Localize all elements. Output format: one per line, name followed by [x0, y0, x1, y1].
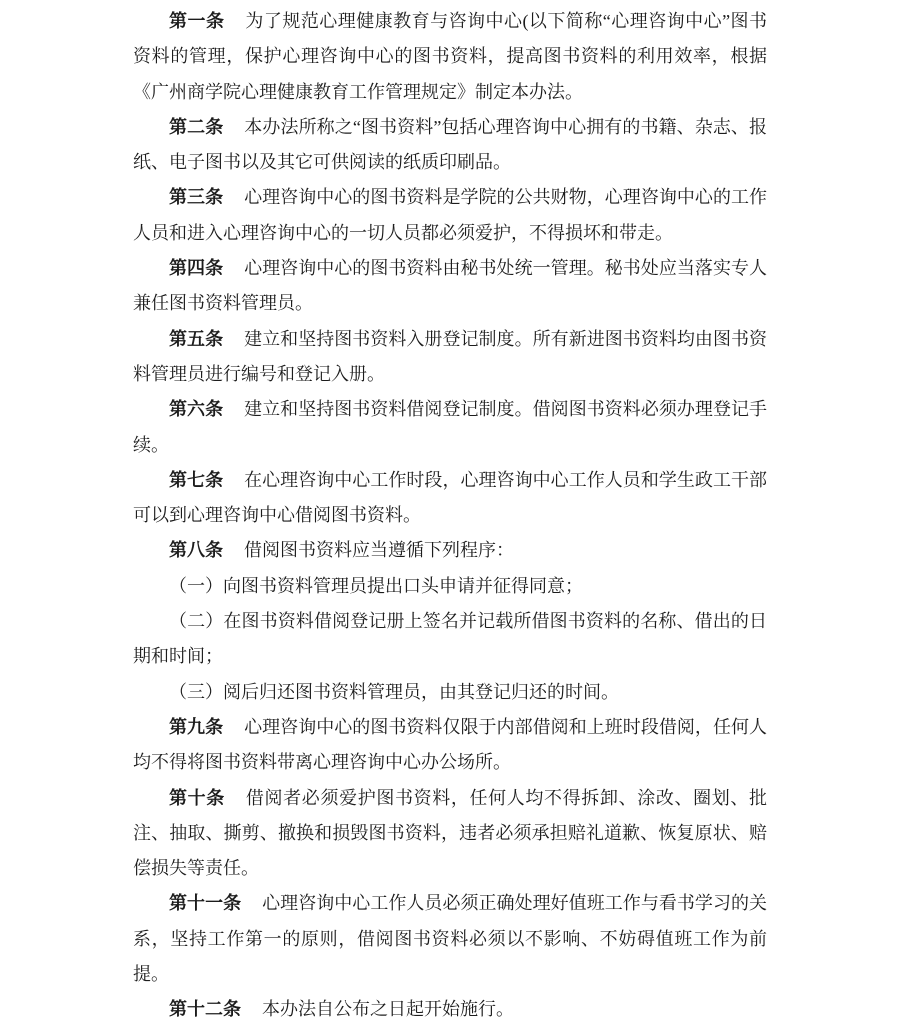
article-text: 建立和坚持图书资料借阅登记制度。借阅图书资料必须办理登记手续。 [133, 399, 767, 454]
document-page: { "page": { "background_color": "#ffffff… [0, 0, 900, 1035]
article-text: （二）在图书资料借阅登记册上签名并记载所借图书资料的名称、借出的日期和时间； [133, 611, 767, 666]
procedure-item: （二）在图书资料借阅登记册上签名并记载所借图书资料的名称、借出的日期和时间； [133, 604, 767, 675]
article-number: 第四条 [169, 258, 223, 278]
article-text: （三）阅后归还图书资料管理员，由其登记归还的时间。 [169, 682, 619, 702]
article-paragraph: 第一条为了规范心理健康教育与咨询中心(以下简称“心理咨询中心”图书资料的管理，保… [133, 4, 767, 110]
article-text: 借阅者必须爱护图书资料，任何人均不得拆卸、涂改、圈划、批注、抽取、撕剪、撤换和损… [133, 788, 767, 879]
article-paragraph: 第三条心理咨询中心的图书资料是学院的公共财物，心理咨询中心的工作人员和进入心理咨… [133, 180, 767, 251]
article-text: 心理咨询中心的图书资料由秘书处统一管理。秘书处应当落实专人兼任图书资料管理员。 [133, 258, 767, 313]
article-paragraph: 第五条建立和坚持图书资料入册登记制度。所有新进图书资料均由图书资料管理员进行编号… [133, 322, 767, 393]
article-text: 本办法自公布之日起开始施行。 [262, 999, 514, 1019]
article-paragraph: 第十一条心理咨询中心工作人员必须正确处理好值班工作与看书学习的关系，坚持工作第一… [133, 886, 767, 992]
article-text: 在心理咨询中心工作时段，心理咨询中心工作人员和学生政工干部可以到心理咨询中心借阅… [133, 470, 767, 525]
article-paragraph: 第十条借阅者必须爱护图书资料，任何人均不得拆卸、涂改、圈划、批注、抽取、撕剪、撤… [133, 781, 767, 887]
article-text: （一）向图书资料管理员提出口头申请并征得同意； [169, 576, 583, 596]
article-paragraph: 第九条心理咨询中心的图书资料仅限于内部借阅和上班时段借阅，任何人均不得将图书资料… [133, 710, 767, 781]
procedure-item: （一）向图书资料管理员提出口头申请并征得同意； [133, 569, 767, 604]
article-paragraph: 第十二条本办法自公布之日起开始施行。 [133, 992, 767, 1027]
article-paragraph: 第二条本办法所称之“图书资料”包括心理咨询中心拥有的书籍、杂志、报纸、电子图书以… [133, 110, 767, 181]
article-number: 第七条 [169, 470, 223, 490]
article-paragraph: 第六条建立和坚持图书资料借阅登记制度。借阅图书资料必须办理登记手续。 [133, 392, 767, 463]
article-number: 第八条 [169, 540, 223, 560]
article-text: 借阅图书资料应当遵循下列程序： [244, 540, 514, 560]
article-paragraph: 第四条心理咨询中心的图书资料由秘书处统一管理。秘书处应当落实专人兼任图书资料管理… [133, 251, 767, 322]
article-text: 心理咨询中心的图书资料仅限于内部借阅和上班时段借阅，任何人均不得将图书资料带离心… [133, 717, 767, 772]
article-text: 建立和坚持图书资料入册登记制度。所有新进图书资料均由图书资料管理员进行编号和登记… [133, 329, 767, 384]
article-number: 第五条 [169, 329, 223, 349]
article-paragraph: 第七条在心理咨询中心工作时段，心理咨询中心工作人员和学生政工干部可以到心理咨询中… [133, 463, 767, 534]
article-number: 第十条 [169, 788, 225, 808]
article-number: 第六条 [169, 399, 223, 419]
article-text: 心理咨询中心的图书资料是学院的公共财物，心理咨询中心的工作人员和进入心理咨询中心… [133, 187, 767, 242]
article-number: 第二条 [169, 117, 223, 137]
article-number: 第三条 [169, 187, 223, 207]
article-paragraph: 第八条借阅图书资料应当遵循下列程序： [133, 533, 767, 568]
article-number: 第十二条 [169, 999, 241, 1019]
article-number: 第十一条 [169, 893, 241, 913]
article-text: 本办法所称之“图书资料”包括心理咨询中心拥有的书籍、杂志、报纸、电子图书以及其它… [133, 117, 767, 172]
document-body: 第一条为了规范心理健康教育与咨询中心(以下简称“心理咨询中心”图书资料的管理，保… [0, 0, 900, 1035]
article-number: 第九条 [169, 717, 223, 737]
procedure-item: （三）阅后归还图书资料管理员，由其登记归还的时间。 [133, 675, 767, 710]
article-text: 为了规范心理健康教育与咨询中心(以下简称“心理咨询中心”图书资料的管理，保护心理… [133, 11, 767, 102]
article-number: 第一条 [169, 11, 224, 31]
